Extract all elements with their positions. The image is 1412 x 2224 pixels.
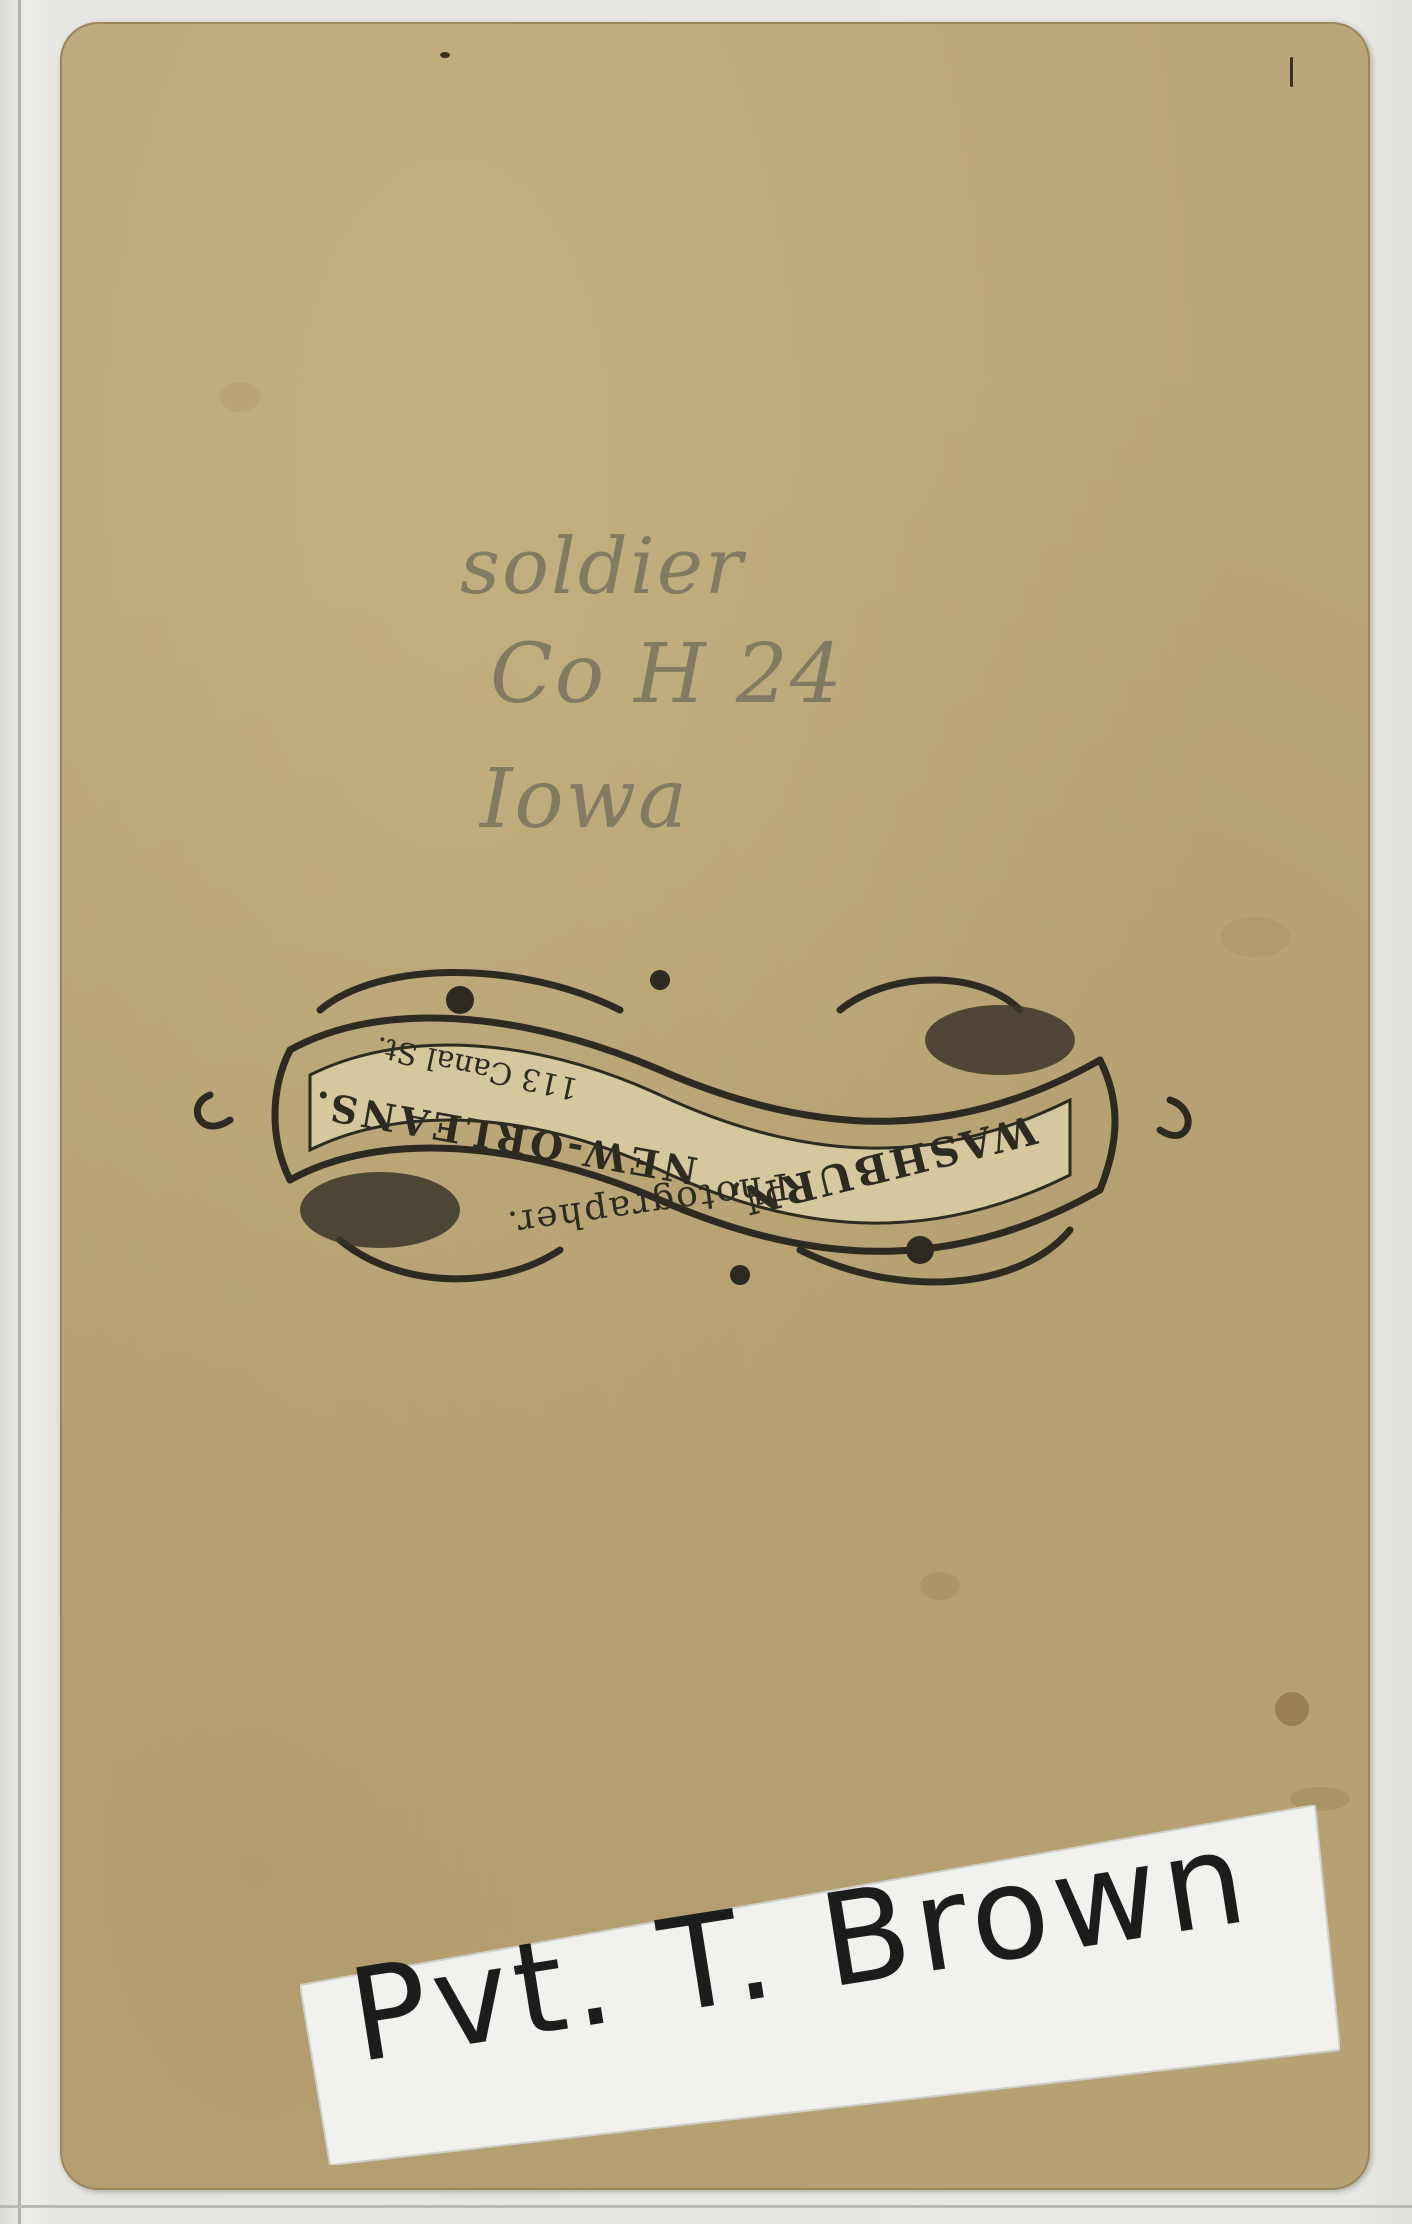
sleeve-edge — [0, 2205, 1412, 2208]
pencil-line-3: Iowa — [480, 752, 689, 847]
pencil-line-1: soldier — [460, 522, 744, 612]
sleeve-edge — [18, 0, 21, 2224]
foxing-stain — [220, 382, 260, 412]
foxing-stain — [1220, 917, 1290, 957]
foxing-stain — [920, 1572, 960, 1600]
foxing-stain — [440, 52, 450, 58]
pencil-line-2: Co H 24 — [490, 627, 844, 722]
name-label: Pvt. T. Brown — [300, 1805, 1340, 2165]
photographer-imprint: WASHBURN, Photographer. NEW-ORLEANS. 113… — [170, 950, 1220, 1310]
ornamental-scroll-icon — [170, 950, 1220, 1310]
foxing-stain — [1275, 1692, 1309, 1726]
foxing-stain — [1290, 57, 1293, 87]
